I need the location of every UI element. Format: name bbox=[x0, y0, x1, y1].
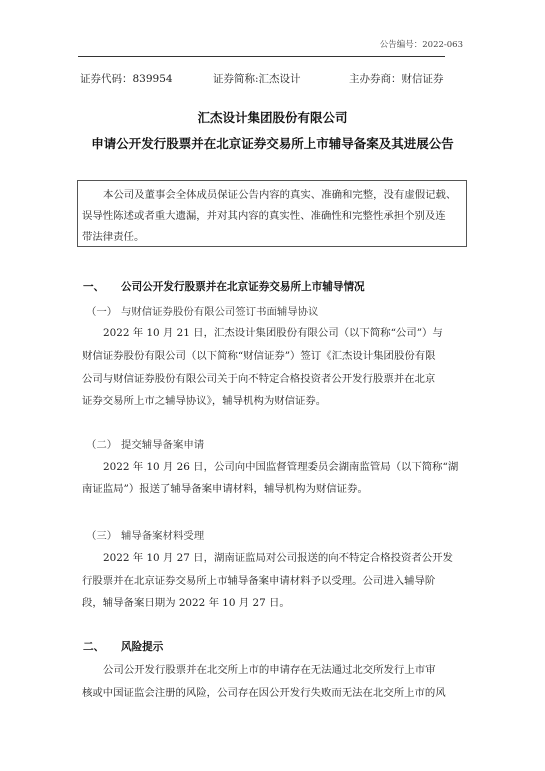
disclaimer-line: 带法律责任。 bbox=[82, 228, 144, 243]
paragraph-line: 行股票并在北京证券交易所上市辅导备案申请材料予以受理。公司进入辅导阶 bbox=[82, 572, 435, 587]
subsection-number: （三） bbox=[86, 527, 117, 542]
paragraph-line: 南证监局”）报送了辅导备案申请材料，辅导机构为财信证券。 bbox=[82, 480, 368, 495]
paragraph-line: 2022 年 10 月 26 日，公司向中国监督管理委员会湖南监管局（以下简称“… bbox=[103, 458, 458, 473]
paragraph-line: 证券交易所上市之辅导协议》，辅导机构为财信证券。 bbox=[82, 392, 326, 407]
stock-code: 证券代码：839954 bbox=[80, 71, 173, 86]
section-heading: 风险提示 bbox=[121, 639, 163, 654]
paragraph-line: 公司与财信证券股份有限公司关于向不特定合格投资者公开发行股票并在北京 bbox=[82, 370, 435, 385]
section-number: 二、 bbox=[83, 639, 104, 654]
paragraph-line: 核或中国证监会注册的风险，公司存在因公开发行失败而无法在北交所上市的风 bbox=[82, 684, 446, 699]
stock-abbreviation: 证券简称:汇杰设计 bbox=[213, 71, 301, 86]
subsection-number: （一） bbox=[86, 303, 117, 318]
subsection-heading: 辅导备案材料受理 bbox=[121, 527, 204, 542]
notice-number: 公告编号：2022-063 bbox=[380, 38, 463, 50]
paragraph-line: 公司公开发行股票并在北交所上市的申请存在无法通过北交所发行上市审 bbox=[103, 661, 436, 676]
company-title: 汇杰设计集团股份有限公司 bbox=[0, 108, 545, 126]
paragraph-line: 2022 年 10 月 27 日，湖南证监局对公司报送的向不特定合格投资者公开发 bbox=[103, 549, 453, 564]
subsection-heading: 与财信证券股份有限公司签订书面辅导协议 bbox=[121, 303, 318, 318]
disclaimer-line: 本公司及董事会全体成员保证公告内容的真实、准确和完整，没有虚假记载、 bbox=[103, 186, 456, 201]
header-divider bbox=[78, 56, 445, 57]
section-heading: 公司公开发行股票并在北京证券交易所上市辅导情况 bbox=[121, 279, 365, 294]
paragraph-line: 财信证券股份有限公司（以下简称“财信证券”）签订《汇杰设计集团股份有限 bbox=[82, 347, 436, 362]
lead-sponsor: 主办券商：财信证券 bbox=[349, 71, 444, 86]
subsection-number: （二） bbox=[86, 436, 117, 451]
subsection-heading: 提交辅导备案申请 bbox=[121, 436, 204, 451]
disclaimer-line: 误导性陈述或者重大遗漏，并对其内容的真实性、准确性和完整性承担个别及连 bbox=[82, 207, 446, 222]
section-number: 一、 bbox=[83, 279, 104, 294]
paragraph-line: 2022 年 10 月 21 日，汇杰设计集团股份有限公司（以下简称“公司”）与 bbox=[103, 324, 443, 339]
paragraph-line: 段，辅导备案日期为 2022 年 10 月 27 日。 bbox=[82, 594, 290, 609]
announcement-title: 申请公开发行股票并在北京证券交易所上市辅导备案及其进展公告 bbox=[0, 134, 545, 152]
